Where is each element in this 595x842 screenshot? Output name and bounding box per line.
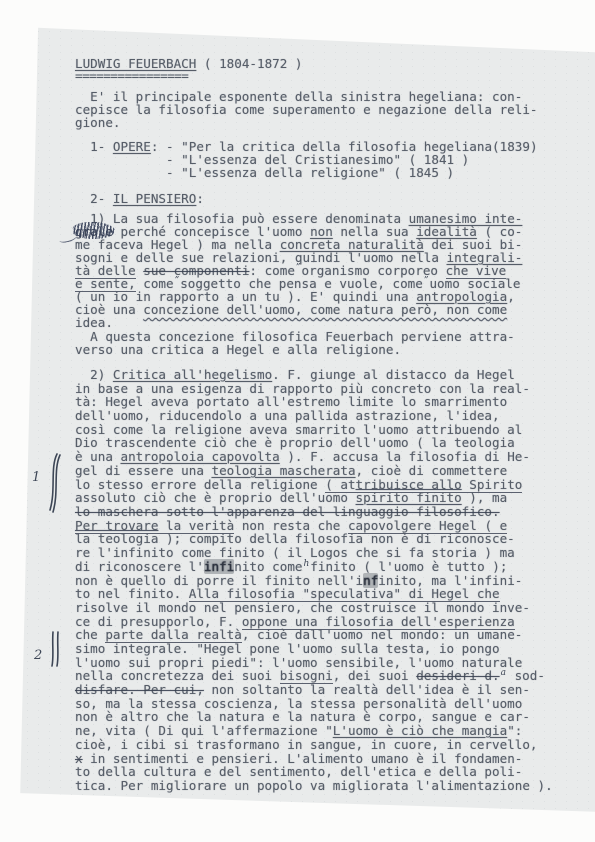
typed-text: cioè, i cibi si trasformano in sangue, i… xyxy=(75,737,538,752)
text-line: tà: Hegel aveva portato all'estremo limi… xyxy=(75,395,507,408)
typed-text: nito come xyxy=(234,559,302,574)
typed-text: to nel finito. xyxy=(75,586,189,601)
text-line: verso una critica a Hegel e alla religio… xyxy=(75,343,401,356)
typed-text: finito ( l'uomo è tutto ); xyxy=(310,559,507,574)
text-line: assoluto ciò che è proprio dell'uomo spi… xyxy=(75,491,507,504)
text-line: disfare. Per cui, non soltanto la realtà… xyxy=(75,683,530,696)
screenshot-root: { "page": { "background": "#fcfcfb", "pa… xyxy=(0,0,595,842)
typed-text: cepisce la filosofia come superamento e … xyxy=(75,102,538,117)
typed-text: assoluto ciò che è proprio dell'uomo xyxy=(75,490,356,505)
pen-annotation: a xyxy=(501,667,506,680)
text-line: nella concretezza dei suoi bisogni, dei … xyxy=(75,669,545,682)
typed-text: nella concretezza dei suoi xyxy=(75,668,280,683)
text-line: la teologia ); compito della filosofia n… xyxy=(75,532,515,545)
text-line: risolve il mondo nel pensiero, che costr… xyxy=(75,601,530,614)
typed-text: ne, vita ( Di qui l'affermazione " xyxy=(75,723,333,738)
pen-bracket-icon xyxy=(44,452,62,514)
pen-annotation: h xyxy=(304,558,310,571)
typed-text: verso una critica a Hegel e alla religio… xyxy=(75,342,401,357)
typed-text: disfare. Per cui, xyxy=(75,682,204,697)
text-line: cioè, i cibi si trasformano in sangue, i… xyxy=(75,738,538,751)
typed-text: tica. Per migliorare un popolo va miglio… xyxy=(75,778,553,793)
text-line: Dio trascendente ciò che è proprio dell'… xyxy=(75,436,515,449)
typed-text: L'uomo è ciò che mangia xyxy=(333,723,507,738)
typed-text: desideri d. xyxy=(416,668,499,683)
typed-text: è una xyxy=(75,449,121,464)
typed-text: Dio trascendente ciò che è proprio dell'… xyxy=(75,435,515,450)
typed-text: simo integrale. "Hegel pone l'uomo sulla… xyxy=(75,641,500,656)
text-line: simo integrale. "Hegel pone l'uomo sulla… xyxy=(75,642,500,655)
text-line: di riconoscere l'infinito comehfinito ( … xyxy=(75,560,507,573)
text-line: - "L'essenza della religione" ( 1845 ) xyxy=(75,166,454,179)
text-line: che parte dalla realtà, cioè dall'uomo n… xyxy=(75,628,522,641)
typed-text: , xyxy=(507,289,515,304)
margin-number: 1 xyxy=(32,470,40,485)
pen-annotation: ” xyxy=(424,275,429,288)
typed-text: risolve il mondo nel pensiero, che costr… xyxy=(75,600,530,615)
text-line: cioè una concezione dell'uomo, come natu… xyxy=(75,303,507,316)
typed-text: to della cultura e del sentimento, dell'… xyxy=(75,764,522,779)
typed-text: la teologia xyxy=(75,531,158,546)
typed-text: Critica all'hegelismo xyxy=(113,367,272,382)
typed-text: spirito finito xyxy=(356,490,462,505)
margin-mark-2: 2 xyxy=(46,630,64,670)
scanned-document: LUDWIG FEUERBACH ( 1804-1872 )==========… xyxy=(0,0,595,842)
text-line: re l'infinito come finito ( il Logos che… xyxy=(75,546,515,559)
text-line: 2- IL PENSIERO: xyxy=(75,192,204,205)
typed-text: sod- xyxy=(507,668,545,683)
text-line: gione. xyxy=(75,116,121,129)
typed-text: ": xyxy=(507,723,522,738)
typed-text: dell'uomo, riducendolo a una pallida ast… xyxy=(75,408,500,423)
typed-text: ). F. accusa la filosofia di He- xyxy=(280,449,530,464)
text-line: 2) Critica all'hegelismo. F. giunge al d… xyxy=(75,368,515,381)
typed-text: non soltanto la realtà dell'idea è il se… xyxy=(204,682,530,697)
typed-text: infi xyxy=(204,559,234,574)
text-line: tica. Per migliorare un popolo va miglio… xyxy=(75,779,553,792)
typed-text: 2- xyxy=(75,191,113,206)
typed-text: tà: Hegel aveva portato all'estremo limi… xyxy=(75,394,507,409)
typed-text: di riconoscere l' xyxy=(75,559,204,574)
text-line: non è altro che la natura e la natura è … xyxy=(75,710,530,723)
margin-number: 2 xyxy=(34,648,42,663)
typed-text: , dei suoi xyxy=(333,668,416,683)
typed-text: ( 1804-1872 ) xyxy=(196,56,302,71)
typed-text: re l'infinito come finito ( il Logos che… xyxy=(75,545,515,560)
typed-text: , cioè dall'uomo nel mondo: un umane- xyxy=(242,627,523,642)
text-line: idea. xyxy=(75,316,113,329)
text-line: lo maschera sotto l'apparenza del lingua… xyxy=(75,505,500,518)
paper-sheet: LUDWIG FEUERBACH ( 1804-1872 )==========… xyxy=(0,0,595,842)
text-line: dell'uomo, riducendolo a una pallida ast… xyxy=(75,409,500,422)
pen-annotation: ” xyxy=(175,275,180,288)
text-line: to della cultura e del sentimento, dell'… xyxy=(75,765,522,778)
pen-annotation: ” xyxy=(296,262,301,275)
text-line: ne, vita ( Di qui l'affermazione "L'uomo… xyxy=(75,724,522,737)
typewritten-text: LUDWIG FEUERBACH ( 1804-1872 )==========… xyxy=(0,0,595,842)
text-line: gel di essere una teologia mascherata, c… xyxy=(75,464,507,477)
typed-text: . F. giunge al distacco da Hegel xyxy=(272,367,515,382)
typed-text: : xyxy=(196,191,204,206)
text-line: cepisce la filosofia come superamento e … xyxy=(75,103,538,116)
text-line: ================ xyxy=(75,69,188,82)
typed-text: lo maschera sotto l'apparenza del lingua… xyxy=(75,504,500,519)
text-line: è una antropoloia capovolta ). F. accusa… xyxy=(75,450,530,463)
typed-text: - "L'essenza della religione" ( 1845 ) xyxy=(75,165,454,180)
typed-text: gel di essere una xyxy=(75,463,211,478)
text-line: to nel finito. Alla filosofia "speculati… xyxy=(75,587,500,600)
typed-text: gione. xyxy=(75,115,121,130)
typed-text: , cioè di commettere xyxy=(356,463,508,478)
typed-text: non è altro che la natura e la natura è … xyxy=(75,709,530,724)
typed-text: IL PENSIERO xyxy=(113,191,196,206)
typed-text: teologia mascherata xyxy=(211,463,355,478)
typed-text: idea. xyxy=(75,315,113,330)
margin-mark-1: 1 xyxy=(44,452,62,514)
typed-text: ), ma xyxy=(462,490,508,505)
pen-bars-icon xyxy=(46,630,64,670)
typed-text: ================ xyxy=(75,68,188,83)
typed-text: ); compito della filosofia non è di rico… xyxy=(158,531,514,546)
typed-text: antropoloia capovolta xyxy=(121,449,280,464)
typed-text: concezione dell'uomo, come natura però, … xyxy=(143,302,507,317)
typed-text: che xyxy=(75,627,105,642)
typed-text: 2) xyxy=(75,367,113,382)
